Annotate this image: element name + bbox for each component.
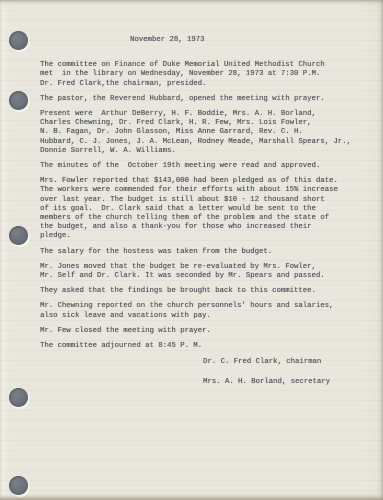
date-line: November 28, 1973 [130,36,362,45]
minutes-body: November 28, 1973 The committee on Finan… [40,36,362,388]
para-adjournment: The committee adjourned at 8:45 P. M. [40,342,362,351]
para-hostess-salary: The salary for the hostess was taken fro… [40,248,362,257]
binder-hole [9,31,28,50]
para-committee-met: The committee on Finance of Duke Memoria… [40,61,362,89]
signature-chairman: Dr. C. Fred Clark, chairman [203,358,362,367]
binder-hole [9,388,28,407]
document-page: November 28, 1973 The committee on Finan… [0,0,383,500]
para-minutes-approved: The minutes of the October 19th meeting … [40,162,362,171]
para-findings-request: They asked that the findings be brought … [40,287,362,296]
para-personnel-report: Mr. Chewning reported on the church pers… [40,302,362,320]
para-attendees: Present were Arthur DeBerry, H. F. Boddi… [40,110,362,156]
para-pledge-report: Mrs. Fowler reported that $143,000 had b… [40,177,362,241]
binder-hole [9,226,28,245]
para-closing-prayer: Mr. Few closed the meeting with prayer. [40,327,362,336]
signature-secretary: Mrs. A. H. Borland, secretary [203,378,362,387]
binder-hole [9,91,28,110]
binder-hole [9,476,28,495]
para-pastor-prayer: The pastor, the Reverend Hubbard, opened… [40,95,362,104]
signature-block: Dr. C. Fred Clark, chairman Mrs. A. H. B… [203,358,362,387]
para-budget-motion: Mr. Jones moved that the budget be re-ev… [40,263,362,281]
